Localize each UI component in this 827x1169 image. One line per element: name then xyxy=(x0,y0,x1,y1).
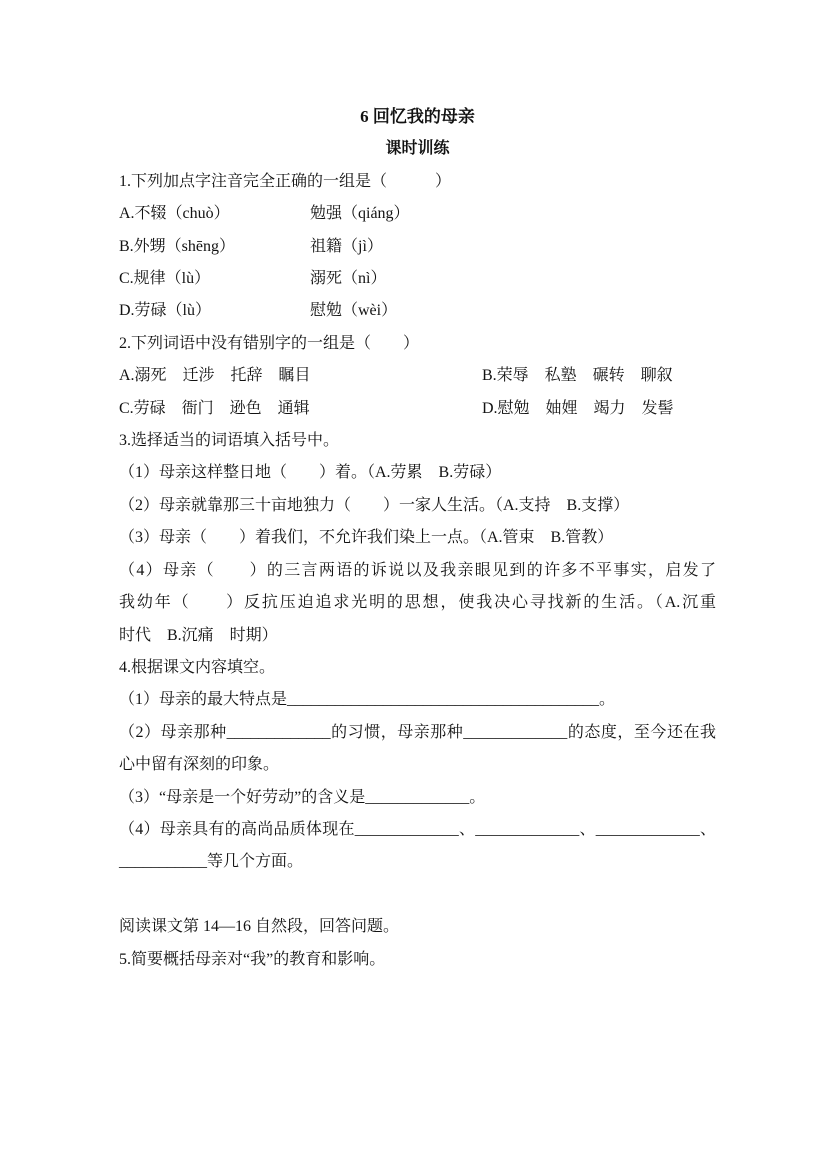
q5-text: 5.简要概括母亲对“我”的教育和影响。 xyxy=(119,944,716,976)
q1-option-d-word2: 慰勉（wèi） xyxy=(310,295,397,327)
q2-options-row-1: A.溺死 迁涉 托辞 瞩目 B.荣辱 私塾 碾转 聊叙 xyxy=(119,360,716,392)
q1-option-a: A.不辍（chuò） 勉强（qiáng） xyxy=(119,198,716,230)
q4-item-4-line-2: ___________等几个方面。 xyxy=(119,846,716,878)
q1-option-b: B.外甥（shēng） 祖籍（jì） xyxy=(119,231,716,263)
q1-option-d: D.劳碌（lù） 慰勉（wèi） xyxy=(119,295,716,327)
q2-option-d: D.慰勉 妯娌 竭力 发髻 xyxy=(482,393,674,425)
spacer-line xyxy=(119,879,716,911)
q2-options-row-2: C.劳碌 衙门 逊色 通辑 D.慰勉 妯娌 竭力 发髻 xyxy=(119,393,716,425)
q3-item-1: （1）母亲这样整日地（ ）着。（A.劳累 B.劳碌） xyxy=(119,457,716,489)
page-title: 6 回忆我的母亲 xyxy=(119,101,716,133)
q4-item-1: （1）母亲的最大特点是_____________________________… xyxy=(119,684,716,716)
q2-stem: 2.下列词语中没有错别字的一组是（ ） xyxy=(119,328,716,360)
q2-option-a: A.溺死 迁涉 托辞 瞩目 xyxy=(119,360,482,392)
q1-option-b-word2: 祖籍（jì） xyxy=(310,231,383,263)
q1-stem: 1.下列加点字注音完全正确的一组是（ ） xyxy=(119,166,716,198)
q4-stem: 4.根据课文内容填空。 xyxy=(119,652,716,684)
q2-option-b: B.荣辱 私塾 碾转 聊叙 xyxy=(482,360,673,392)
q3-item-4-line-3: 时代 B.沉痛 时期） xyxy=(119,620,716,652)
q1-option-a-word1: A.不辍（chuò） xyxy=(119,198,310,230)
q1-option-c-word1: C.规律（lù） xyxy=(119,263,310,295)
reading-instruction: 阅读课文第 14—16 自然段，回答问题。 xyxy=(119,911,716,943)
q3-item-2: （2）母亲就靠那三十亩地独力（ ）一家人生活。（A.支持 B.支撑） xyxy=(119,490,716,522)
q1-option-b-word1: B.外甥（shēng） xyxy=(119,231,310,263)
q4-item-4-line-1: （4）母亲具有的高尚品质体现在_____________、___________… xyxy=(119,814,716,846)
q1-option-d-word1: D.劳碌（lù） xyxy=(119,295,310,327)
page-subtitle: 课时训练 xyxy=(119,133,716,165)
q3-stem: 3.选择适当的词语填入括号中。 xyxy=(119,425,716,457)
q4-item-2-line-1: （2）母亲那种_____________的习惯，母亲那种____________… xyxy=(119,717,716,749)
q4-item-2-line-2: 心中留有深刻的印象。 xyxy=(119,749,716,781)
q3-item-4-line-1: （4）母亲（ ）的三言两语的诉说以及我亲眼见到的许多不平事实，启发了 xyxy=(119,555,716,587)
q4-item-3: （3）“母亲是一个好劳动”的含义是_____________。 xyxy=(119,782,716,814)
q2-option-c: C.劳碌 衙门 逊色 通辑 xyxy=(119,393,482,425)
q1-option-c: C.规律（lù） 溺死（nì） xyxy=(119,263,716,295)
q3-item-4-line-2: 我幼年（ ）反抗压迫追求光明的思想，使我决心寻找新的生活。（A.沉重 xyxy=(119,587,716,619)
q1-option-c-word2: 溺死（nì） xyxy=(310,263,386,295)
worksheet-page: 6 回忆我的母亲 课时训练 1.下列加点字注音完全正确的一组是（ ） A.不辍（… xyxy=(0,0,827,1169)
q1-option-a-word2: 勉强（qiáng） xyxy=(310,198,410,230)
q3-item-3: （3）母亲（ ）着我们，不允许我们染上一点。（A.管束 B.管教） xyxy=(119,522,716,554)
